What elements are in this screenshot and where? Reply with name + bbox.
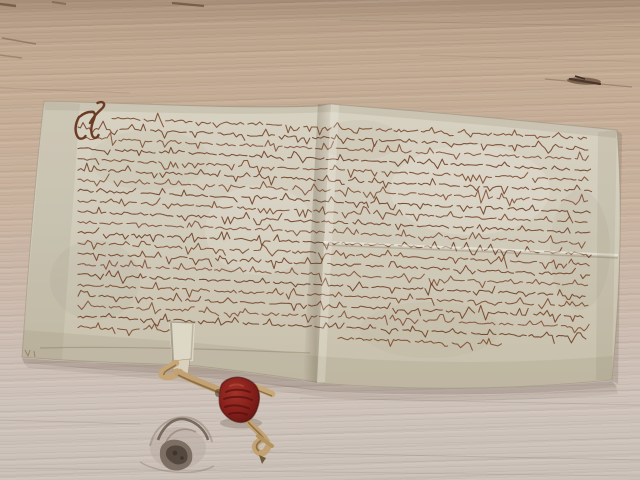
wood-knot-large [140,417,214,472]
scene-drawing [0,0,640,480]
parchment-document [22,101,620,388]
wax-seal [215,377,259,422]
wood-knot-small [545,76,632,87]
photo-scene [0,0,640,480]
